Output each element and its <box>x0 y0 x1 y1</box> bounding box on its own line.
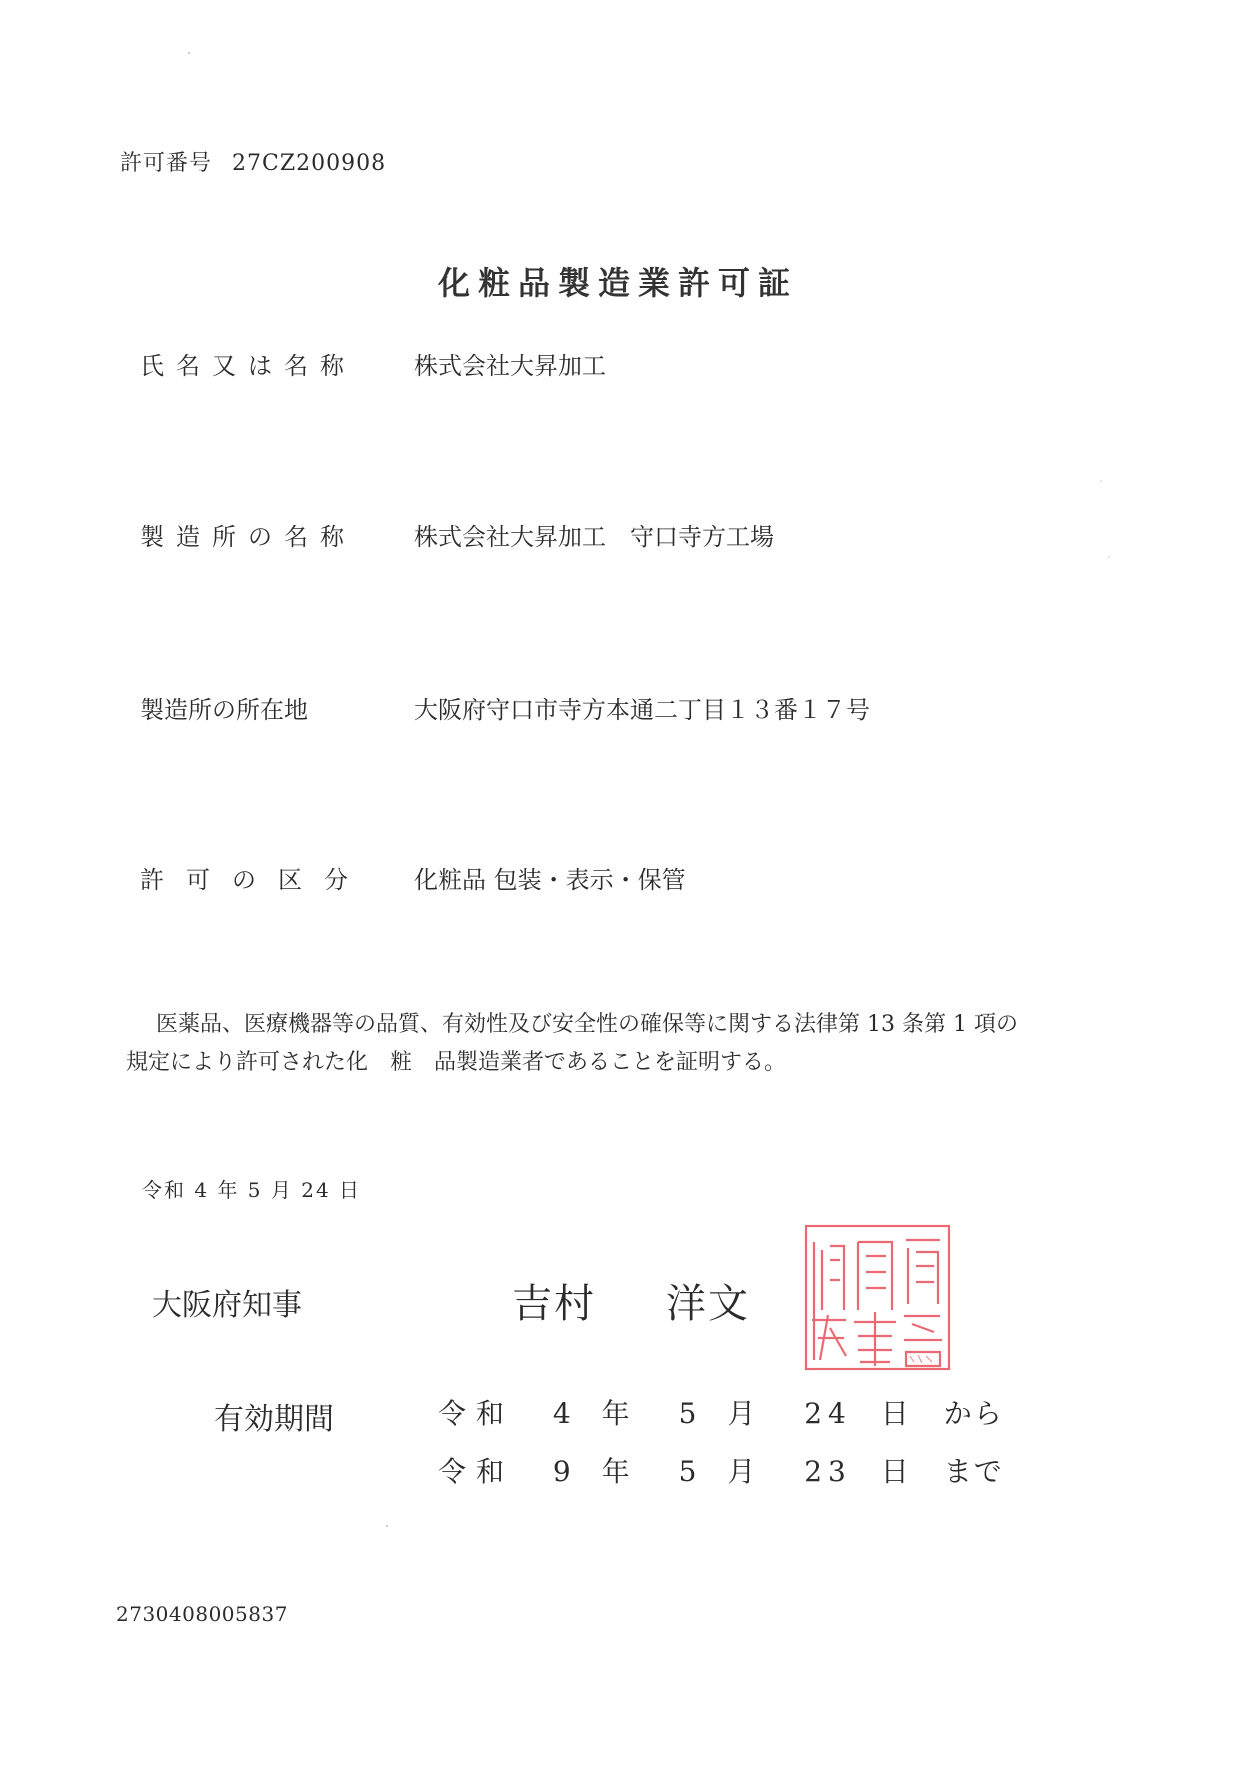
validity-period-label: 有効期間 <box>214 1394 334 1438</box>
scan-artifact <box>1108 556 1110 558</box>
scan-artifact <box>386 1525 388 1527</box>
validity-from-month-unit: 月 <box>727 1392 757 1432</box>
validity-to-era: 令和 <box>438 1450 514 1490</box>
scan-artifact <box>188 52 190 54</box>
signer-surname: 吉村 <box>512 1281 596 1327</box>
validity-to-year-unit: 年 <box>602 1450 632 1490</box>
field-label-permit-category: 許可の区分 <box>140 860 370 895</box>
validity-from-year-unit: 年 <box>602 1392 632 1432</box>
validity-to-day-unit: 日 <box>881 1450 911 1490</box>
document-code: 2730408005837 <box>116 1602 288 1626</box>
permit-number: 27CZ200908 <box>232 151 386 176</box>
signer-given-name: 洋文 <box>666 1281 750 1327</box>
validity-to: 令和 9 年 5 月 23 日 まで <box>438 1450 1022 1490</box>
validity-from-month: 5 <box>679 1397 699 1430</box>
statement-line-1: 医薬品、医療機器等の品質、有効性及び安全性の確保等に関する法律第 13 条第 1… <box>126 1006 1166 1044</box>
permit-number-line: 許可番号 27CZ200908 <box>120 146 386 177</box>
permit-number-label: 許可番号 <box>120 151 212 176</box>
field-value-facility-address: 大阪府守口市寺方本通二丁目１３番１７号 <box>414 690 870 725</box>
field-value-facility-name: 株式会社大昇加工 守口寺方工場 <box>414 517 774 552</box>
certification-statement: 医薬品、医療機器等の品質、有効性及び安全性の確保等に関する法律第 13 条第 1… <box>126 1006 1166 1082</box>
field-label-name: 氏名又は名称 <box>140 346 356 381</box>
scan-artifact <box>1100 480 1102 482</box>
validity-from-era: 令和 <box>438 1392 514 1432</box>
signer-name: 吉村洋文 <box>512 1272 750 1329</box>
issuer-title: 大阪府知事 <box>152 1280 302 1324</box>
validity-from-day: 24 <box>804 1397 852 1430</box>
official-seal-icon <box>800 1220 955 1375</box>
issue-date: 令和 4 年 5 月 24 日 <box>142 1174 361 1203</box>
validity-from-day-unit: 日 <box>881 1392 911 1432</box>
document-title: 化粧品製造業許可証 <box>438 258 798 304</box>
validity-from-year: 4 <box>553 1397 573 1430</box>
validity-from: 令和 4 年 5 月 24 日 から <box>438 1392 1022 1432</box>
statement-line-2: 規定により許可された化 粧 品製造業者であることを証明する。 <box>126 1044 1166 1082</box>
field-label-facility-address: 製造所の所在地 <box>140 690 308 725</box>
field-value-name: 株式会社大昇加工 <box>414 346 606 381</box>
validity-to-year: 9 <box>553 1455 573 1488</box>
validity-from-suffix: から <box>944 1392 1004 1432</box>
validity-to-day: 23 <box>804 1455 852 1488</box>
field-label-facility-name: 製造所の名称 <box>140 517 356 552</box>
validity-to-suffix: まで <box>944 1450 1004 1490</box>
validity-to-month: 5 <box>679 1455 699 1488</box>
validity-to-month-unit: 月 <box>727 1450 757 1490</box>
field-value-permit-category: 化粧品 包装・表示・保管 <box>414 860 686 895</box>
